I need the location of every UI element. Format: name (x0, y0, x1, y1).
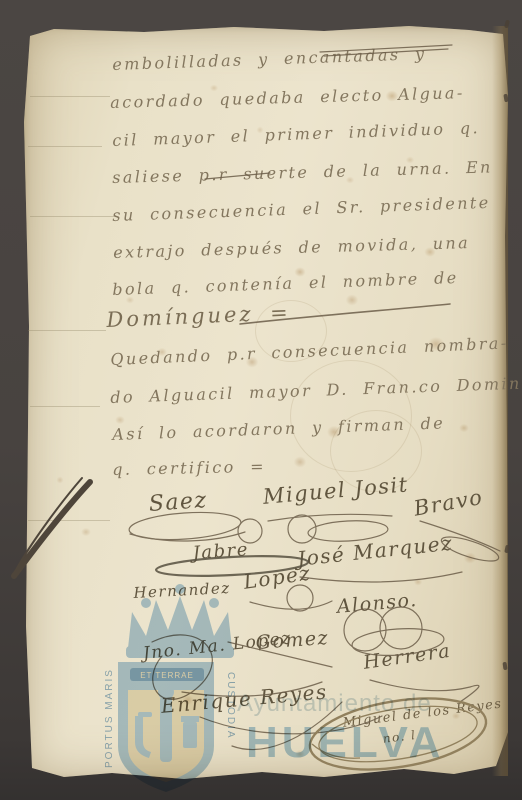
scanned-document-page: embolilladas y encantadas y acordado que… (0, 0, 522, 800)
paper-crease (28, 520, 110, 521)
paper-crease (28, 146, 102, 147)
binding-stitch (504, 545, 510, 554)
paper-crease (28, 330, 106, 331)
signature: Jabre (192, 539, 250, 564)
paper-crease (30, 406, 100, 407)
paper-crease (30, 96, 110, 97)
paper-crease (30, 216, 114, 217)
manuscript-line: q. certifico = (112, 457, 266, 479)
binding-stitch (504, 20, 510, 29)
signature: Saez (148, 488, 208, 517)
